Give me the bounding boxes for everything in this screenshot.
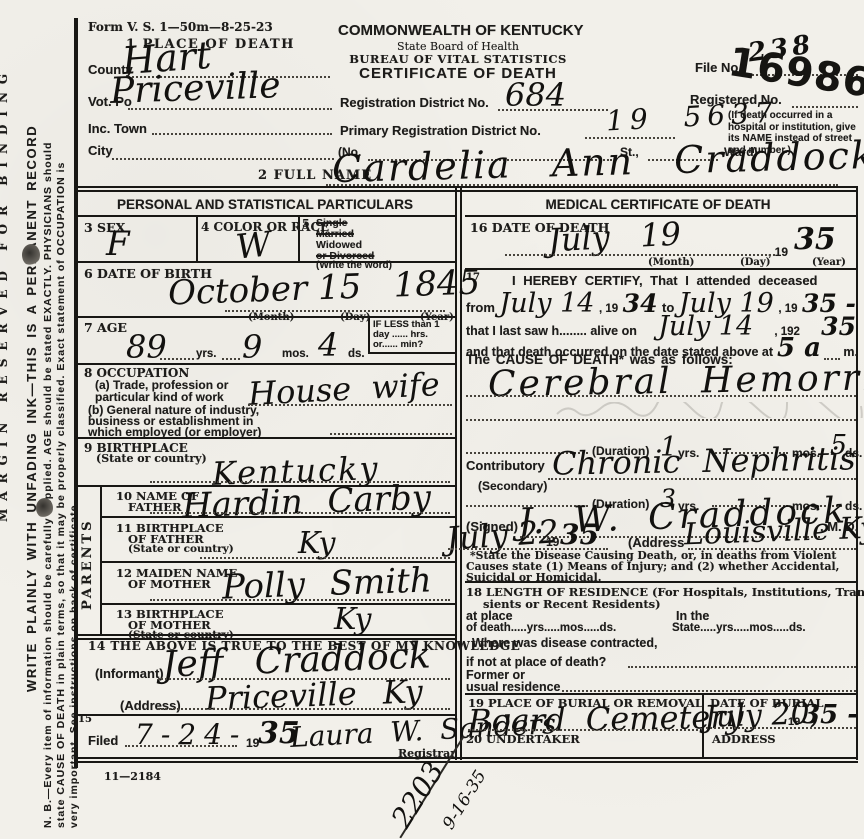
form-right-border [856,188,858,760]
full-name-value: Cardelia Ann Craddock [332,133,864,191]
dotted-line [160,358,194,360]
death-certificate-scan: MARGIN RESERVED FOR BINDING WRITE PLAINL… [0,0,864,839]
registered-no-label: Registered No. [690,92,782,107]
filed-number: 15 [78,714,92,725]
form-code: Form V. S. 1—50m—8-25-23 [88,20,273,34]
age-years-value: 89 [126,328,167,366]
margin-binding-text: MARGIN RESERVED FOR BINDING [0,66,10,522]
date-of-death-value: July 19 [547,215,682,260]
rule [100,485,102,635]
dob-value: October 15 1845 [167,263,480,314]
informant-label: (Informant) [95,666,164,681]
dotted-line [158,708,450,710]
ink-blot [36,498,53,518]
dotted-line [248,404,452,406]
if-not-label: if not at place of death? [466,655,606,669]
dotted-line [128,108,332,110]
physician-address-value: Louisville Ky [683,511,864,553]
race-value: W [234,224,273,267]
precinct-value: Priceville [109,65,281,112]
if-less-line3: or...... min? [373,339,423,350]
personal-section-title: PERSONAL AND STATISTICAL PARTICULARS [75,197,455,212]
age-days-value: 4 [318,326,338,364]
secondary-label: (Secondary) [478,479,547,493]
filed-label: Filed [88,733,118,748]
reg-district-label: Registration District No. [340,95,489,110]
address-label: (Address [628,535,684,550]
dotted-line [498,109,608,111]
dotted-line [792,106,858,108]
age-ds-label: ds. [348,348,365,360]
dotted-line [330,433,452,435]
margin-nb-line1: N. B.—Every item of information should b… [42,142,54,828]
parents-label: PARENTS [80,518,95,610]
sign-year-printed: 19 [546,535,559,549]
birthplace-sub-label: (State or country) [96,452,207,465]
form-left-border [74,18,78,768]
dod-year-hand: 35 [794,222,836,257]
rule [465,268,856,270]
father-name-value: Hardin Carby [181,478,431,527]
dotted-line [222,358,240,360]
occupation-a-line2: particular kind of work [95,390,224,404]
margin-write-plainly-text: WRITE PLAINLY WITH UNFADING INK—THIS IS … [24,125,39,692]
father-birthplace-sub: (State or country) [128,543,234,555]
in-the-label: In the [676,609,709,623]
dod-year-printed: , 19 [768,245,788,259]
sign-year-hand: 35 [560,518,599,551]
city-label: City [88,143,113,158]
age-yrs-label: yrs. [196,348,216,360]
dotted-line [505,254,775,256]
dotted-line [326,184,838,186]
at-place-label: at place [466,609,513,623]
disease-contracted-label: Where was disease contracted, [472,636,658,650]
dotted-line [562,690,856,692]
dotted-line [466,419,856,421]
state-line: State.....yrs.....mos.....ds. [672,622,806,634]
ink-blot [22,244,40,266]
rule [75,215,455,217]
dotted-line [548,478,856,480]
primary-district-label: Primary Registration District No. [340,123,541,138]
of-death-line: of death.....yrs.....mos.....ds. [466,622,616,634]
rule [368,352,455,354]
age-label: 7 AGE [84,320,127,335]
dod-month-label: (Month) [648,257,694,268]
dotted-line [200,557,450,559]
undertaker-label: 20 UNDERTAKER [466,732,580,746]
cause-footnote-line3: Suicidal or Homicidal. [466,571,602,584]
usual-residence-label: usual residence [466,680,561,694]
informant-address-value: Priceville Ky [204,672,423,718]
contributory-label: Contributory [466,458,545,473]
dotted-line [628,666,856,668]
dob-day-label: (Day) [340,312,370,323]
dod-day-label: (Day) [740,257,770,268]
print-code: 11—2184 [104,770,161,783]
medical-section-title: MEDICAL CERTIFICATE OF DEATH [460,197,856,212]
cause-of-death-value: Cerebral Hemorrhage [488,356,864,405]
certify-text: I HEREBY CERTIFY, That I attended deceas… [512,273,818,288]
dob-month-label: (Month) [248,312,294,323]
mother-name-label2: OF MOTHER [128,577,211,591]
dotted-line [112,158,334,160]
rule [196,216,198,261]
age-mos-label: mos. [282,348,309,360]
dotted-line [706,727,856,729]
sex-value: F [106,224,130,264]
dotted-line [468,729,698,731]
mother-birthplace-value: Ky [334,602,371,637]
bureau-subtitle: BUREAU OF VITAL STATISTICS [338,52,578,66]
certify-number: 17 [466,272,480,283]
dotted-line [150,599,450,601]
burial-year-hand: 35 - [802,700,858,730]
commonwealth-title: COMMONWEALTH OF KENTUCKY [338,22,578,39]
inc-town-label: Inc. Town [88,121,147,136]
dod-year-label: (Year) [812,257,846,268]
margin-nb-line2: state CAUSE OF DEATH in plain terms, so … [55,162,67,828]
informant-address-label: (Address) [120,698,181,713]
contributory-value: Chronic Nephritis [552,439,856,482]
father-birthplace-value: Ky [298,526,335,561]
dotted-line [466,395,856,397]
dotted-line [125,745,237,747]
dotted-line [152,133,332,135]
dotted-line [150,512,450,514]
occupation-b-line3: which employed (or employer) [88,425,261,439]
bottom-rule [75,757,858,763]
marital-number: 5 [302,217,310,230]
faint-pencil-mark [555,402,864,418]
undertaker-address-label: ADDRESS [712,732,776,746]
age-months-value: 9 [242,328,262,366]
